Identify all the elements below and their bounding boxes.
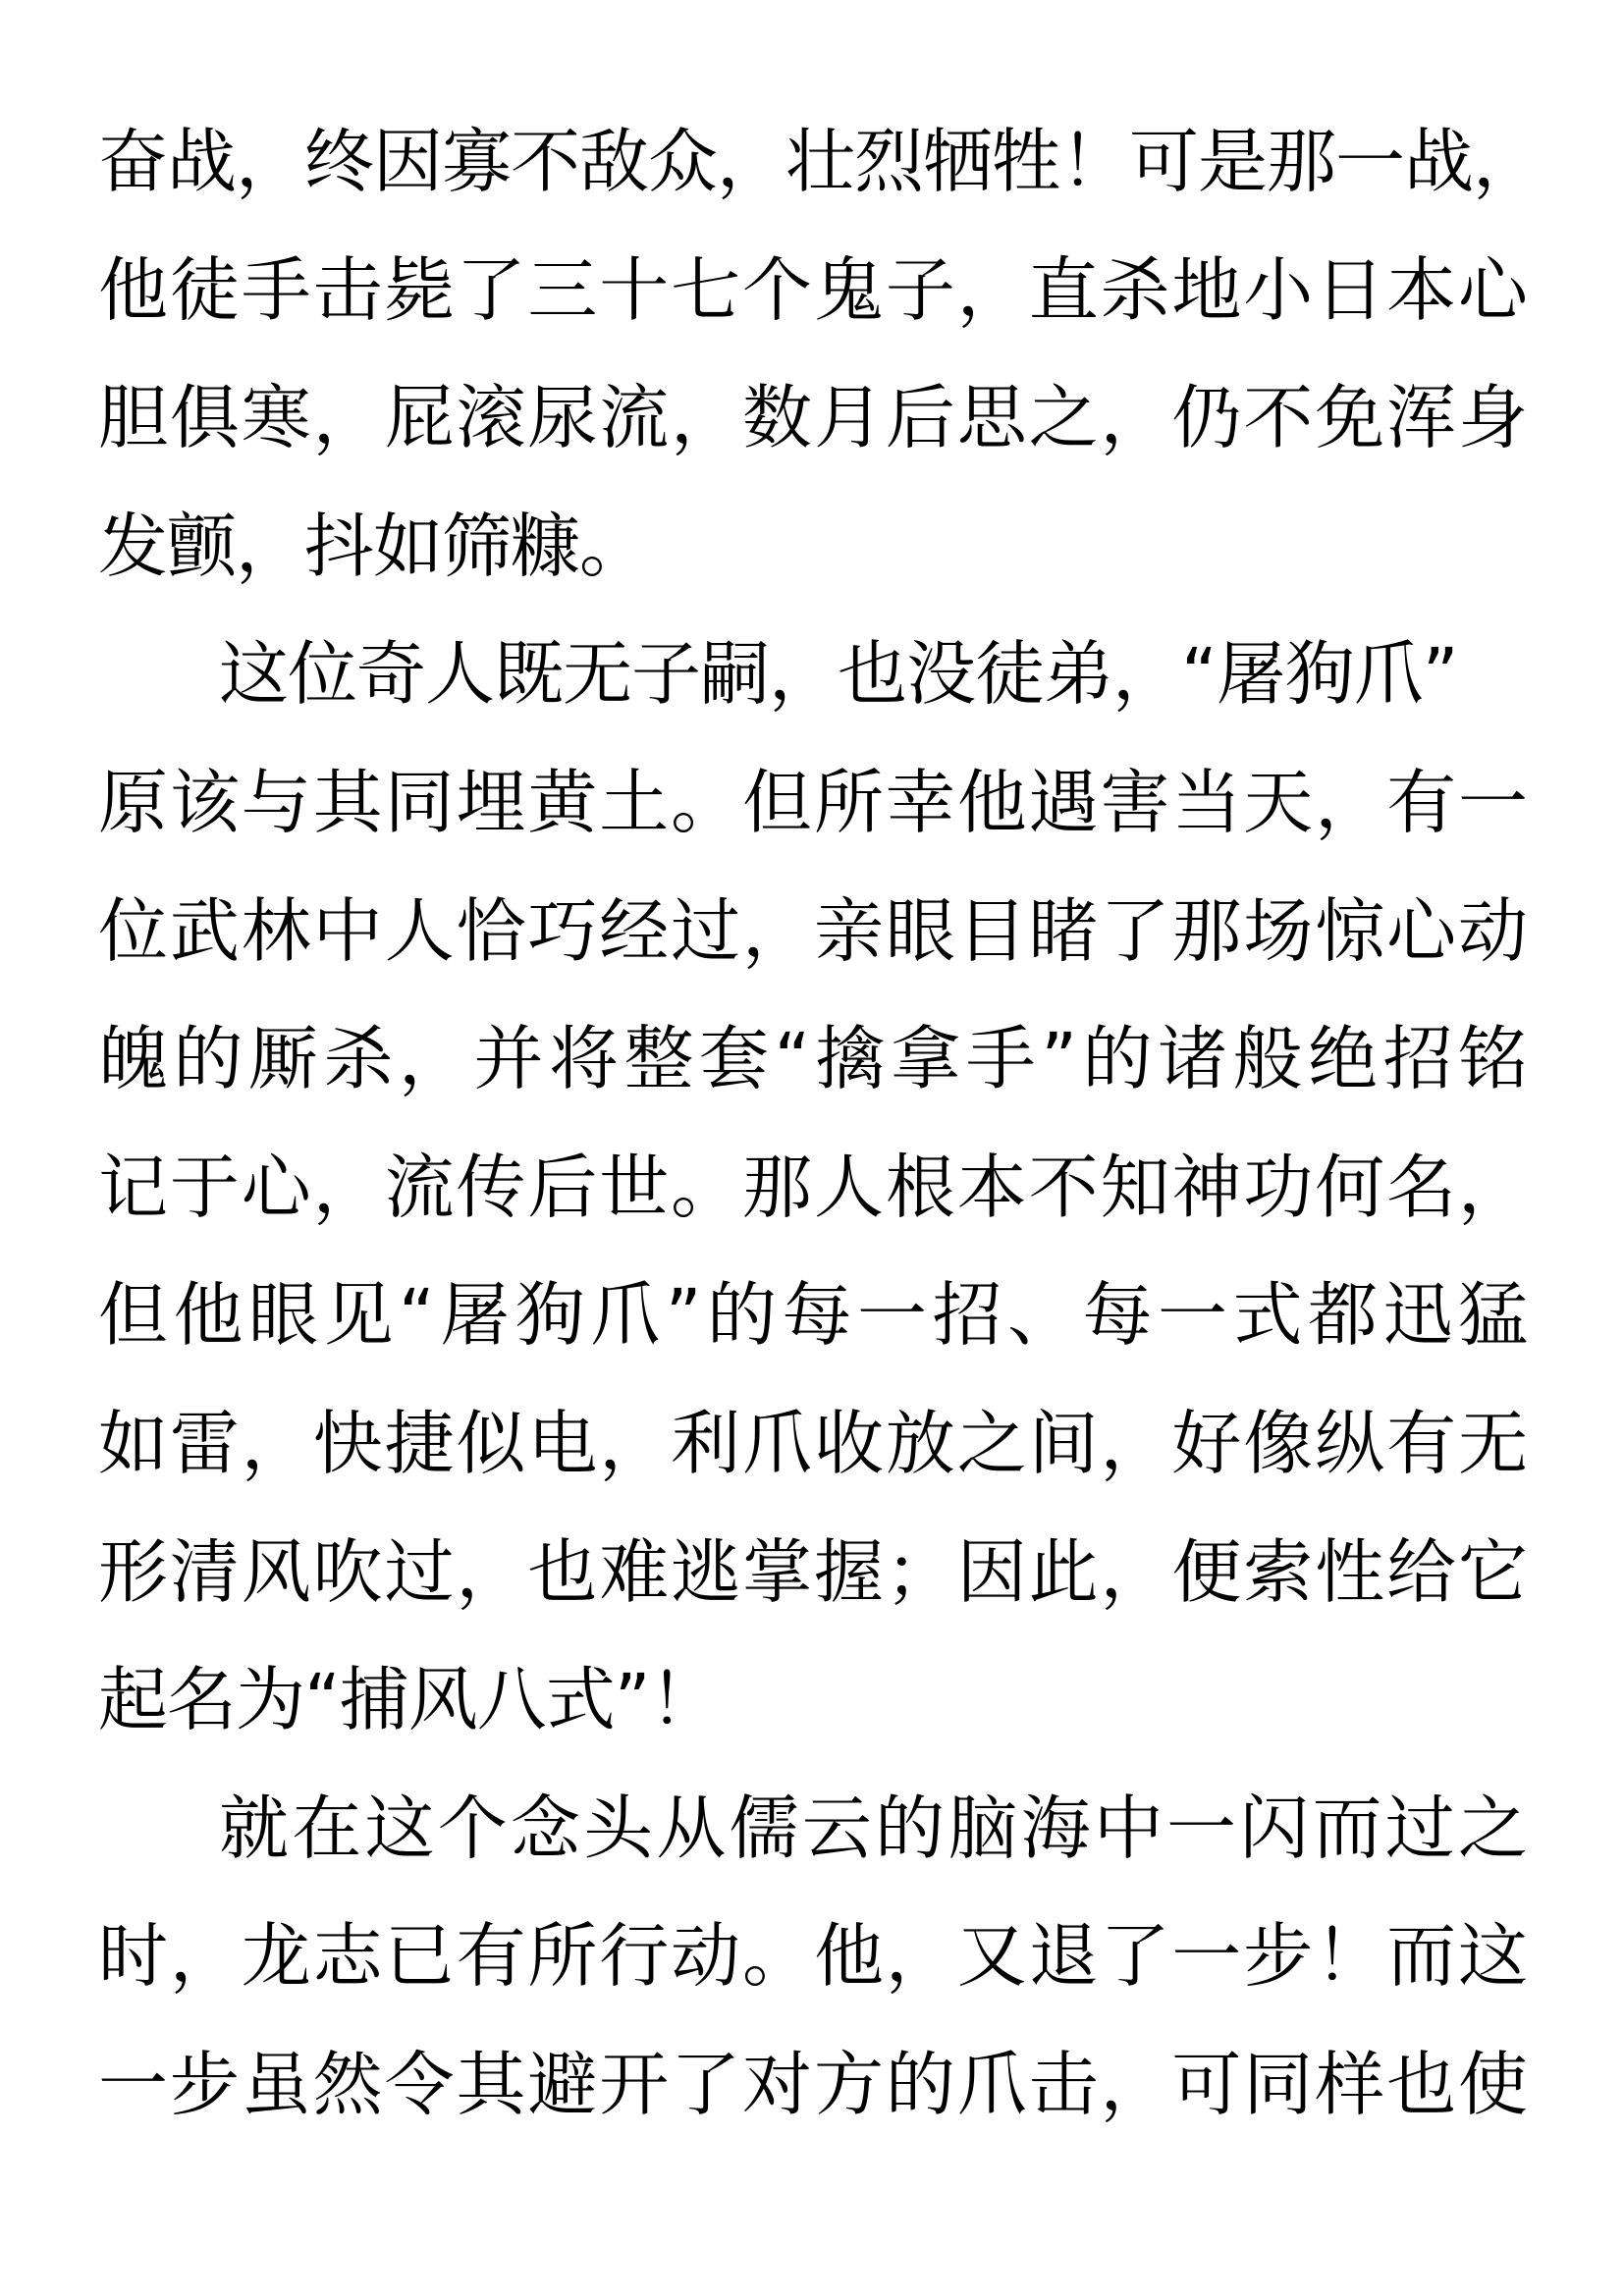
text-line-paragraph-end: 起名为“捕风八式”！ (98, 1665, 1527, 1735)
text-line-paragraph-end: 发颤，抖如筛糠。 (98, 511, 1527, 582)
text-line: 魄的厮杀，并将整套“擒拿手”的诸般绝招铭 (98, 1024, 1527, 1095)
text-line-paragraph-start: 这位奇人既无子嗣，也没徒弟，“屠狗爪” (219, 639, 1527, 710)
text-line: 但他眼见“屠狗爪”的每一招、每一式都迅猛 (98, 1280, 1527, 1351)
text-line: 如雷，快捷似电，利爪收放之间，好像纵有无 (98, 1409, 1527, 1479)
text-line: 记于心，流传后世。那人根本不知神功何名， (98, 1152, 1527, 1223)
text-line: 一步虽然令其避开了对方的爪击，可同样也使 (98, 2050, 1527, 2120)
text-line: 他徒手击毙了三十七个鬼子，直杀地小日本心 (98, 255, 1527, 326)
document-page: 奋战，终因寡不敌众，壮烈牺牲！可是那一战， 他徒手击毙了三十七个鬼子，直杀地小日… (0, 0, 1624, 2296)
text-line: 时，龙志已有所行动。他，又退了一步！而这 (98, 1921, 1527, 1992)
text-line: 形清风吹过，也难逃掌握；因此，便索性给它 (98, 1537, 1527, 1608)
text-line: 位武林中人恰巧经过，亲眼目睹了那场惊心动 (98, 896, 1527, 967)
text-line: 胆俱寒，屁滚尿流，数月后思之，仍不免浑身 (98, 383, 1527, 454)
text-line-paragraph-start: 就在这个念头从儒云的脑海中一闪而过之 (219, 1793, 1527, 1864)
text-line: 原该与其同埋黄土。但所幸他遇害当天，有一 (98, 768, 1527, 838)
text-line: 奋战，终因寡不敌众，壮烈牺牲！可是那一战， (98, 127, 1527, 197)
